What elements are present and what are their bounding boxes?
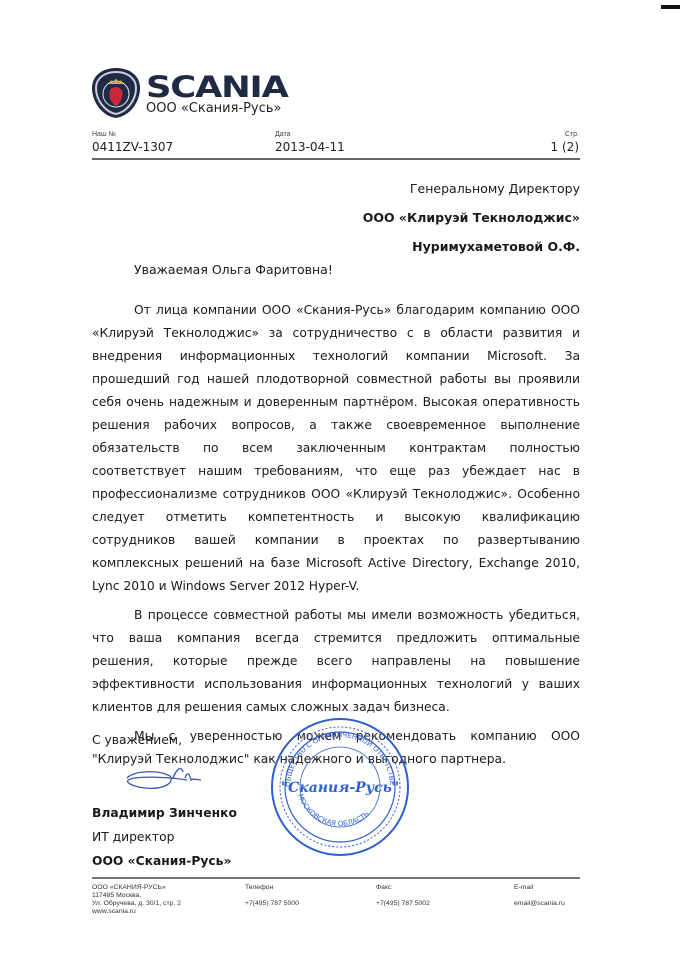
footer-website: www.scania.ru	[92, 908, 181, 916]
page-number: 1 (2)	[551, 140, 579, 154]
footer-divider	[92, 877, 580, 879]
brand-wordmark: SCANIA	[146, 72, 288, 102]
footer-company: ООО «СКАНИЯ-РУСЬ»	[92, 884, 181, 892]
footer-email-value: email@scania.ru	[514, 900, 565, 908]
page-label: Стр.	[551, 131, 579, 138]
stamp-bottom-text: МОСКОВСКАЯ ОБЛАСТЬ	[296, 793, 371, 828]
paragraph-2: В процессе совместной работы мы имели во…	[92, 604, 580, 719]
date-label: Дата	[275, 131, 345, 138]
salutation: Уважаемая Ольга Фаритовна!	[134, 262, 333, 277]
footer-email-label: E-mail	[514, 884, 565, 892]
company-name: ООО «Скания-Русь»	[146, 101, 281, 116]
footer-email: E-mail email@scania.ru	[514, 884, 565, 908]
stamp-ring-text: ОБЩЕСТВО С ОГРАНИЧЕННОЙ ОТВЕТСТВЕННОСТЬЮ	[268, 715, 396, 787]
footer-phone-value: +7(495) 787 5000	[245, 900, 299, 908]
svg-text:МОСКОВСКАЯ ОБЛАСТЬ: МОСКОВСКАЯ ОБЛАСТЬ	[296, 793, 371, 828]
footer-phone-label: Телефон	[245, 884, 299, 892]
footer-fax: Факс +7(495) 787 5002	[376, 884, 430, 908]
footer-fax-value: +7(495) 787 5002	[376, 900, 430, 908]
closing: С уважением,	[92, 733, 182, 747]
reference-number: 0411ZV-1307	[92, 140, 173, 154]
addressee-name: Нуримухаметовой О.Ф.	[363, 237, 580, 266]
scan-artifact	[661, 5, 680, 9]
reference-block: Наш № 0411ZV-1307	[92, 131, 173, 154]
signer-name: Владимир Зинченко	[92, 806, 237, 820]
scania-griffin-icon	[90, 66, 142, 120]
footer-address: ООО «СКАНИЯ-РУСЬ» 117485 Москва, Ул. Обр…	[92, 884, 181, 916]
addressee-company: ООО «Клируэй Текнолоджис»	[363, 208, 580, 237]
scania-logo: SCANIA ООО «Скания-Русь»	[90, 66, 290, 122]
reference-label: Наш №	[92, 131, 173, 138]
company-stamp-icon: ОБЩЕСТВО С ОГРАНИЧЕННОЙ ОТВЕТСТВЕННОСТЬЮ…	[268, 715, 413, 860]
letter-body: От лица компании ООО «Скания-Русь» благо…	[92, 299, 580, 771]
header-divider	[92, 158, 580, 160]
svg-text:ОБЩЕСТВО С ОГРАНИЧЕННОЙ ОТВЕТС: ОБЩЕСТВО С ОГРАНИЧЕННОЙ ОТВЕТСТВЕННОСТЬЮ	[268, 715, 396, 787]
signature-icon	[115, 758, 205, 796]
addressee-position: Генеральному Директору	[363, 179, 580, 208]
footer-address-line1: 117485 Москва,	[92, 892, 181, 900]
paragraph-1: От лица компании ООО «Скания-Русь» благо…	[92, 299, 580, 598]
date-value: 2013-04-11	[275, 140, 345, 154]
footer-address-line2: Ул. Обручева, д. 30/1, стр. 2	[92, 900, 181, 908]
addressee-block: Генеральному Директору ООО «Клируэй Текн…	[363, 179, 580, 266]
footer-phone: Телефон +7(495) 787 5000	[245, 884, 299, 908]
signer-company: ООО «Скания-Русь»	[92, 854, 231, 868]
page-block: Стр. 1 (2)	[551, 131, 579, 154]
signer-title: ИТ директор	[92, 830, 174, 844]
stamp-center-text: "Скания-Русь"	[281, 780, 399, 796]
date-block: Дата 2013-04-11	[275, 131, 345, 154]
footer-fax-label: Факс	[376, 884, 430, 892]
